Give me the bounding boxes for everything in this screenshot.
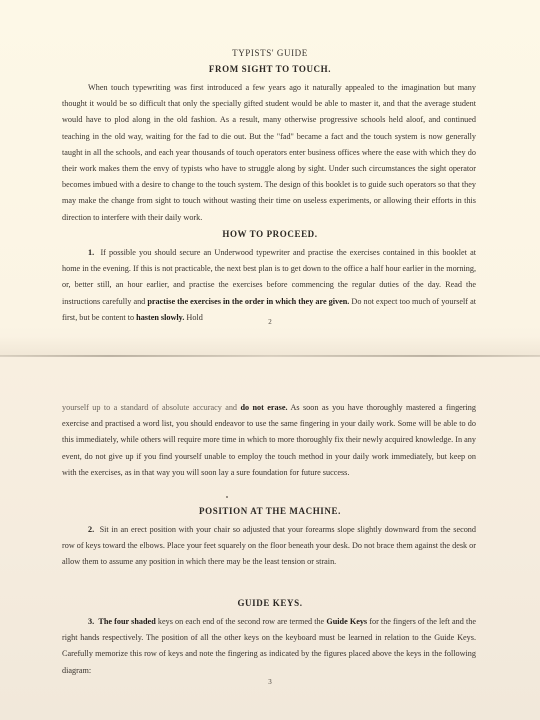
continuation-text-2: As soon as you have thoroughly mastered … <box>62 403 476 477</box>
intro-paragraph-text: When touch typewriting was first introdu… <box>62 83 476 222</box>
emphasis-guide-keys: Guide Keys <box>326 617 367 626</box>
fold-shadow <box>0 336 540 356</box>
paragraph-position: 2. Sit in an erect position with your ch… <box>62 522 476 571</box>
section-heading-how-to-proceed: HOW TO PROCEED. <box>0 229 540 239</box>
paragraph-position-text: Sit in an erect position with your chair… <box>62 525 476 566</box>
paragraph-number: 2. <box>88 525 94 534</box>
paragraph-guide-keys: 3. The four shaded keys on each end of t… <box>62 614 476 679</box>
paragraph-number: 3. <box>88 617 94 626</box>
page-number-2: 2 <box>0 318 540 326</box>
page-number-3: 3 <box>0 678 540 686</box>
continuation-paragraph: yourself up to a standard of absolute ac… <box>62 400 476 481</box>
section-heading-position-at-machine: POSITION AT THE MACHINE. <box>0 506 540 516</box>
emphasis-practise-in-order: practise the exercises in the order in w… <box>147 297 349 306</box>
guide-keys-text-1: keys on each end of the second row are t… <box>156 617 327 626</box>
page-3: yourself up to a standard of absolute ac… <box>0 356 540 720</box>
continuation-text-1: yourself up to a standard of absolute ac… <box>62 403 240 412</box>
intro-paragraph: When touch typewriting was first introdu… <box>62 80 476 226</box>
section-heading-guide-keys: GUIDE KEYS. <box>0 598 540 608</box>
paper-speck <box>226 496 228 498</box>
running-title: TYPISTS' GUIDE <box>0 48 540 58</box>
page-2: TYPISTS' GUIDE FROM SIGHT TO TOUCH. When… <box>0 0 540 356</box>
section-title-from-sight-to-touch: FROM SIGHT TO TOUCH. <box>0 64 540 74</box>
paragraph-number: 1. <box>88 248 94 257</box>
paragraph-how-to-proceed: 1. If possible you should secure an Unde… <box>62 245 476 326</box>
emphasis-do-not-erase: do not erase. <box>240 403 287 412</box>
emphasis-four-shaded: The four shaded <box>98 617 155 626</box>
